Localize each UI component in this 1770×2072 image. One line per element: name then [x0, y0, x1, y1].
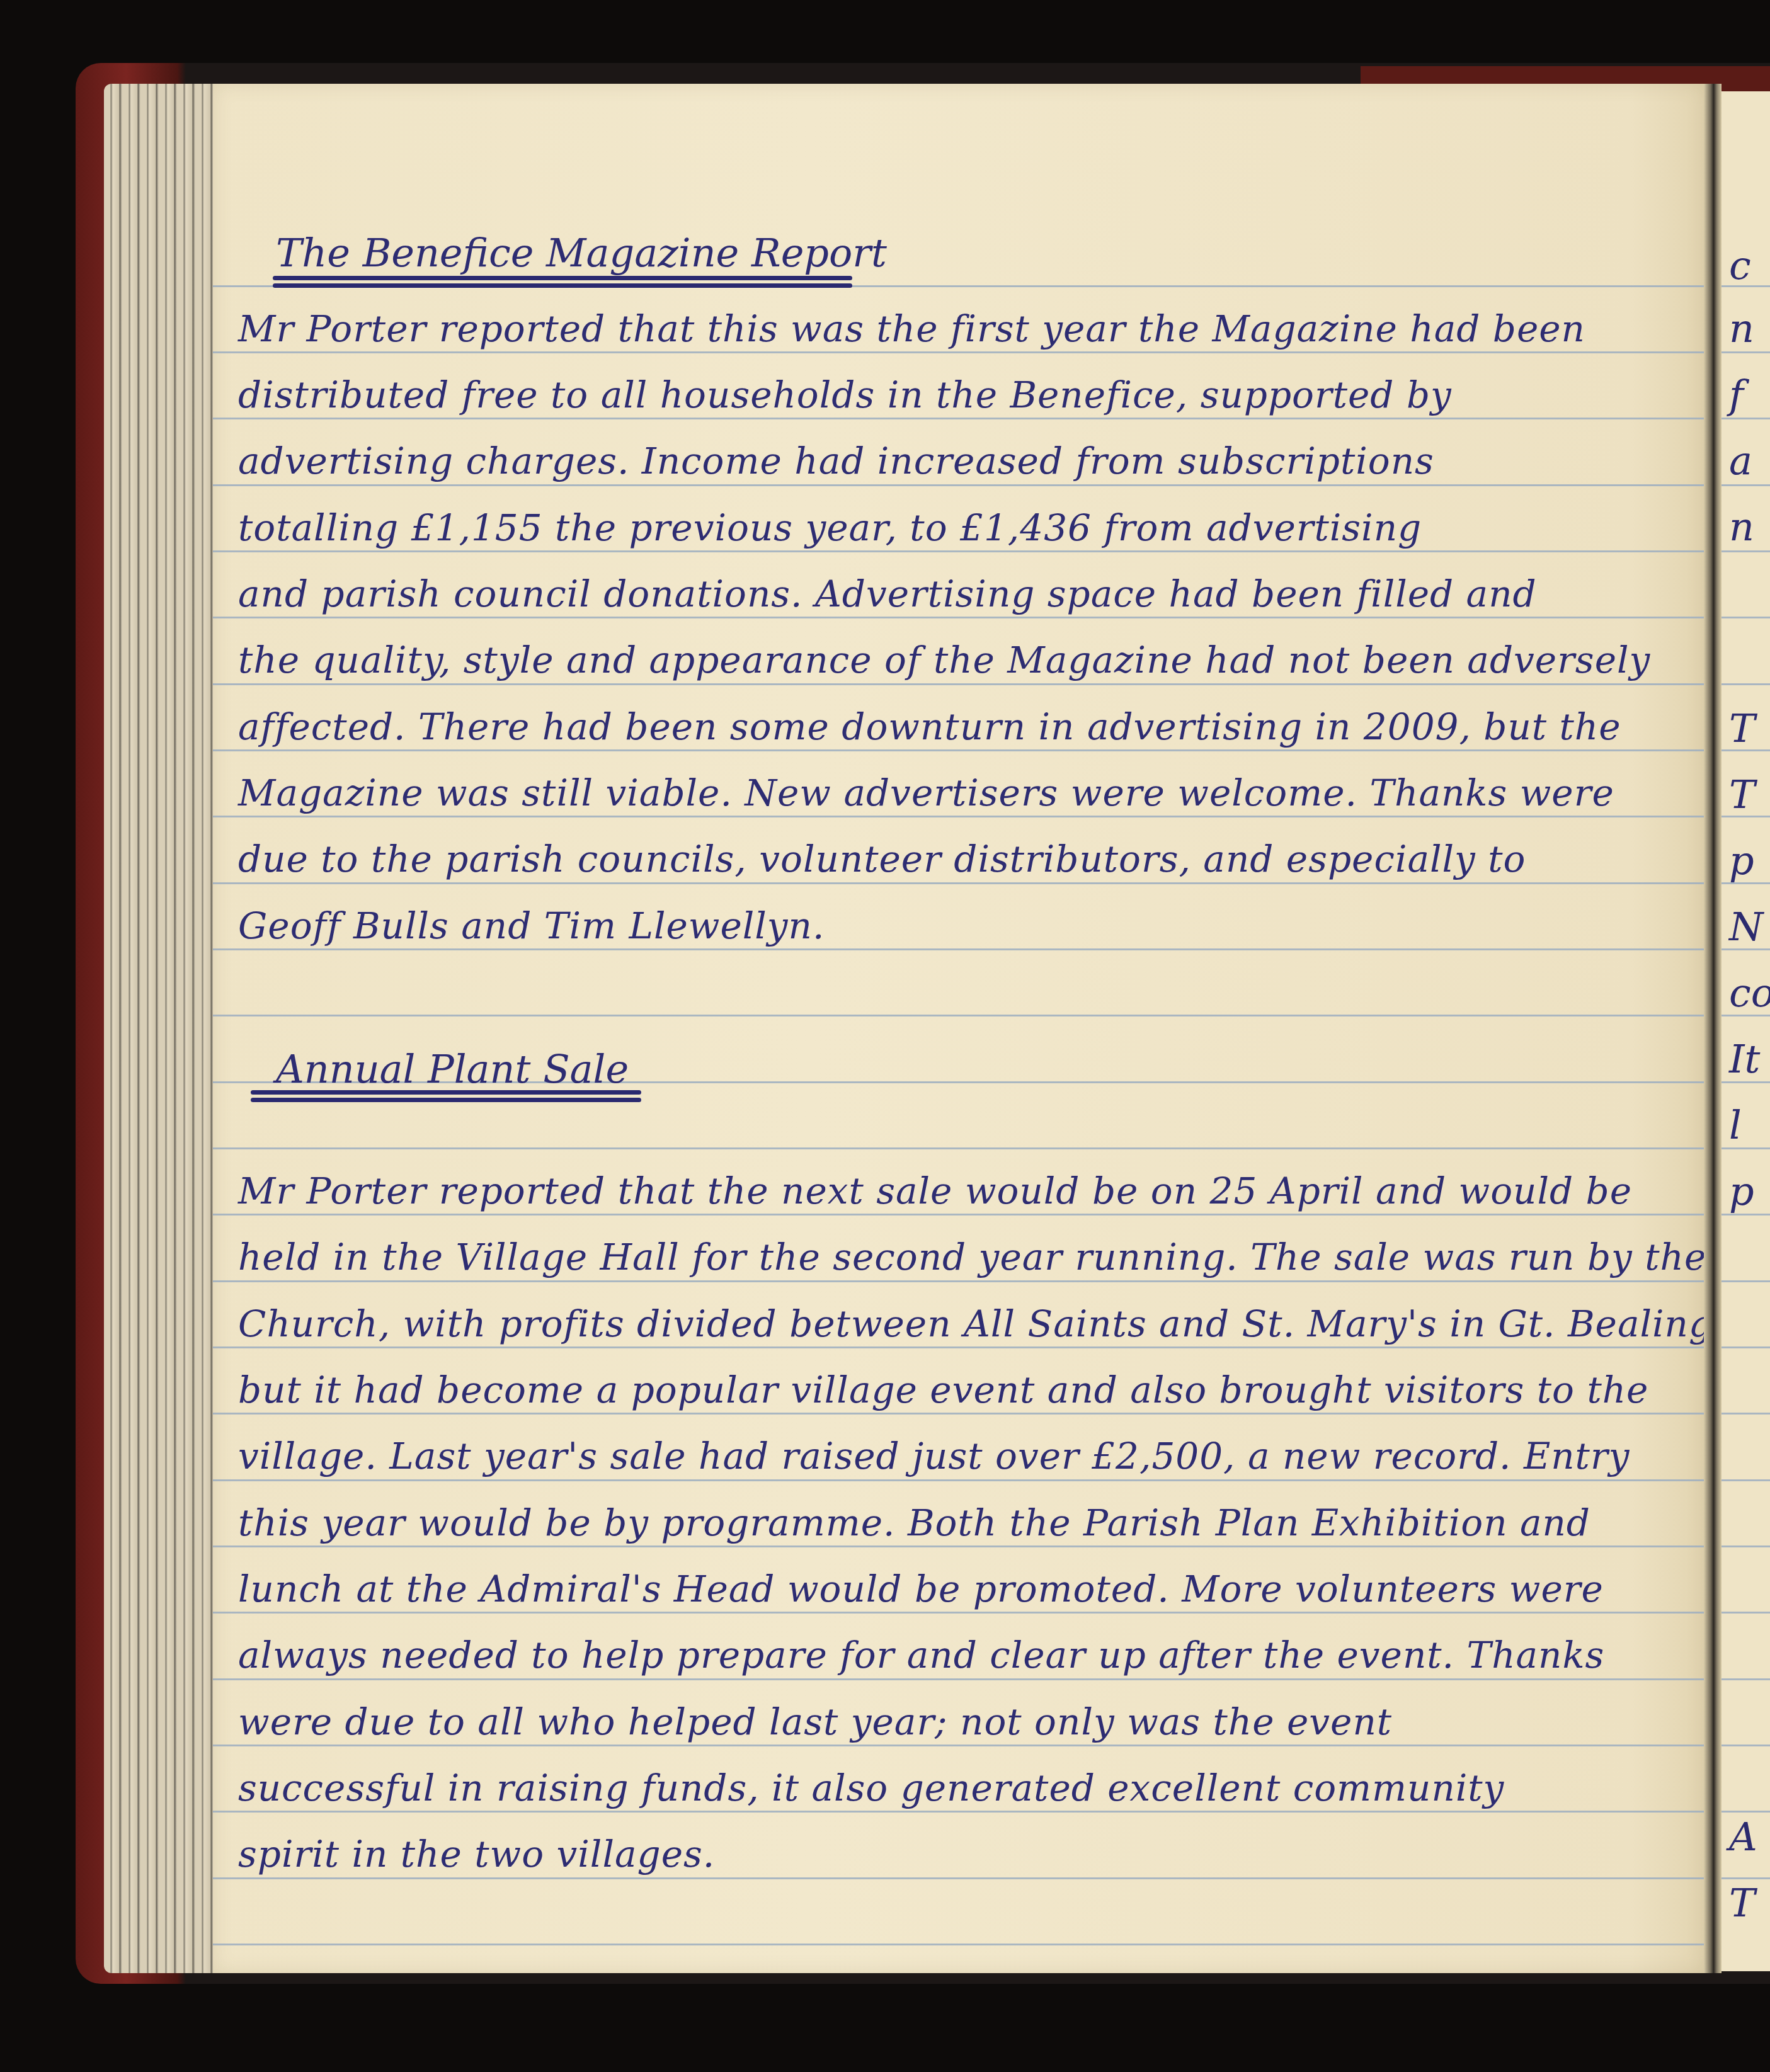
ruled-line	[213, 1745, 1706, 1746]
ruled-line	[213, 948, 1706, 950]
ruled-line	[1721, 484, 1770, 486]
ruled-line	[213, 749, 1706, 751]
facing-page-fragment: a	[1729, 438, 1752, 484]
handwritten-line: distributed free to all households in th…	[238, 373, 1452, 416]
facing-page-fragment: co	[1729, 970, 1770, 1016]
page-edges-stack	[104, 84, 214, 1973]
ruled-line	[213, 1545, 1706, 1547]
ruled-line	[213, 1147, 1706, 1149]
handwritten-line: always needed to help prepare for and cl…	[238, 1634, 1604, 1676]
ruled-line	[213, 1944, 1706, 1945]
handwritten-line: advertising charges. Income had increase…	[238, 440, 1434, 482]
section-heading-magazine-report: The Benefice Magazine Report	[276, 230, 887, 276]
ruled-line	[213, 1612, 1706, 1614]
facing-page-fragment: N	[1729, 904, 1763, 950]
facing-page-fragment: f	[1729, 372, 1744, 418]
handwritten-line: this year would be by programme. Both th…	[238, 1501, 1590, 1544]
handwritten-line: affected. There had been some downturn i…	[238, 705, 1621, 748]
facing-page-edge: c n f a n T T p N co It l p A T	[1721, 91, 1770, 1971]
handwritten-line: Mr Porter reported that the next sale wo…	[238, 1170, 1632, 1212]
handwritten-line: totalling £1,155 the previous year, to £…	[238, 506, 1422, 549]
heading-underline	[251, 1090, 641, 1095]
handwritten-line: were due to all who helped last year; no…	[238, 1700, 1392, 1743]
ruled-line	[213, 1413, 1706, 1415]
facing-page-fragment: p	[1729, 1168, 1754, 1214]
ruled-line	[213, 683, 1706, 685]
ruled-line	[1721, 683, 1770, 685]
ruled-line	[213, 617, 1706, 618]
ruled-line	[1721, 1413, 1770, 1415]
facing-page-fragment: It	[1729, 1036, 1760, 1082]
facing-page-fragment: A	[1729, 1814, 1757, 1860]
facing-page-fragment: l	[1729, 1102, 1742, 1148]
ruled-line	[213, 484, 1706, 486]
facing-page-fragment: n	[1729, 504, 1754, 550]
ruled-line	[213, 351, 1706, 353]
ruled-line	[1721, 1678, 1770, 1680]
ruled-line	[213, 1877, 1706, 1879]
ruled-line	[1721, 1877, 1770, 1879]
handwritten-line: spirit in the two villages.	[238, 1833, 715, 1876]
ruled-line	[1721, 1612, 1770, 1614]
book-gutter	[1704, 84, 1721, 1973]
ruled-line	[213, 550, 1706, 552]
facing-page-fragment: n	[1729, 305, 1754, 351]
heading-underline	[273, 283, 852, 288]
ruled-line	[1721, 617, 1770, 618]
facing-page-fragment: T	[1729, 1880, 1755, 1926]
handwritten-line: successful in raising funds, it also gen…	[238, 1767, 1504, 1809]
ruled-line	[1721, 418, 1770, 419]
heading-underline	[273, 276, 852, 280]
ruled-line	[213, 1479, 1706, 1481]
facing-page-fragment: p	[1729, 838, 1754, 884]
facing-page-fragment: T	[1729, 705, 1755, 751]
handwritten-line: village. Last year's sale had raised jus…	[238, 1435, 1630, 1477]
minute-book-page: The Benefice Magazine Report Mr Porter r…	[213, 84, 1706, 1973]
ruled-line	[213, 882, 1706, 884]
facing-page-fragment: c	[1729, 242, 1751, 288]
handwritten-line: due to the parish councils, volunteer di…	[238, 838, 1526, 880]
handwritten-line: Church, with profits divided between All…	[238, 1302, 1744, 1345]
facing-page-fragment: T	[1729, 771, 1755, 817]
ruled-line	[1721, 550, 1770, 552]
ruled-line	[1721, 1545, 1770, 1547]
ruled-line	[213, 1811, 1706, 1813]
ruled-line	[1721, 1346, 1770, 1348]
ruled-line	[213, 1015, 1706, 1016]
heading-underline	[251, 1098, 641, 1102]
ruled-line	[213, 1280, 1706, 1282]
section-heading-plant-sale: Annual Plant Sale	[276, 1046, 629, 1092]
handwritten-line: Magazine was still viable. New advertise…	[238, 771, 1614, 814]
ruled-line	[1721, 1745, 1770, 1746]
handwritten-line: held in the Village Hall for the second …	[238, 1236, 1706, 1278]
ruled-line	[213, 1214, 1706, 1215]
ruled-line	[213, 816, 1706, 817]
ruled-line	[1721, 1811, 1770, 1813]
ruled-line	[1721, 351, 1770, 353]
ruled-line	[1721, 1280, 1770, 1282]
ruled-line	[213, 1346, 1706, 1348]
handwritten-line: and parish council donations. Advertisin…	[238, 572, 1537, 615]
handwritten-line: Mr Porter reported that this was the fir…	[238, 307, 1585, 350]
handwritten-line: but it had become a popular village even…	[238, 1369, 1648, 1411]
handwritten-line: Geoff Bulls and Tim Llewellyn.	[238, 904, 825, 947]
ruled-line	[213, 1678, 1706, 1680]
ruled-line	[213, 418, 1706, 419]
handwritten-line: lunch at the Admiral's Head would be pro…	[238, 1568, 1604, 1610]
ruled-line	[1721, 1479, 1770, 1481]
handwritten-line: the quality, style and appearance of the…	[238, 639, 1650, 681]
